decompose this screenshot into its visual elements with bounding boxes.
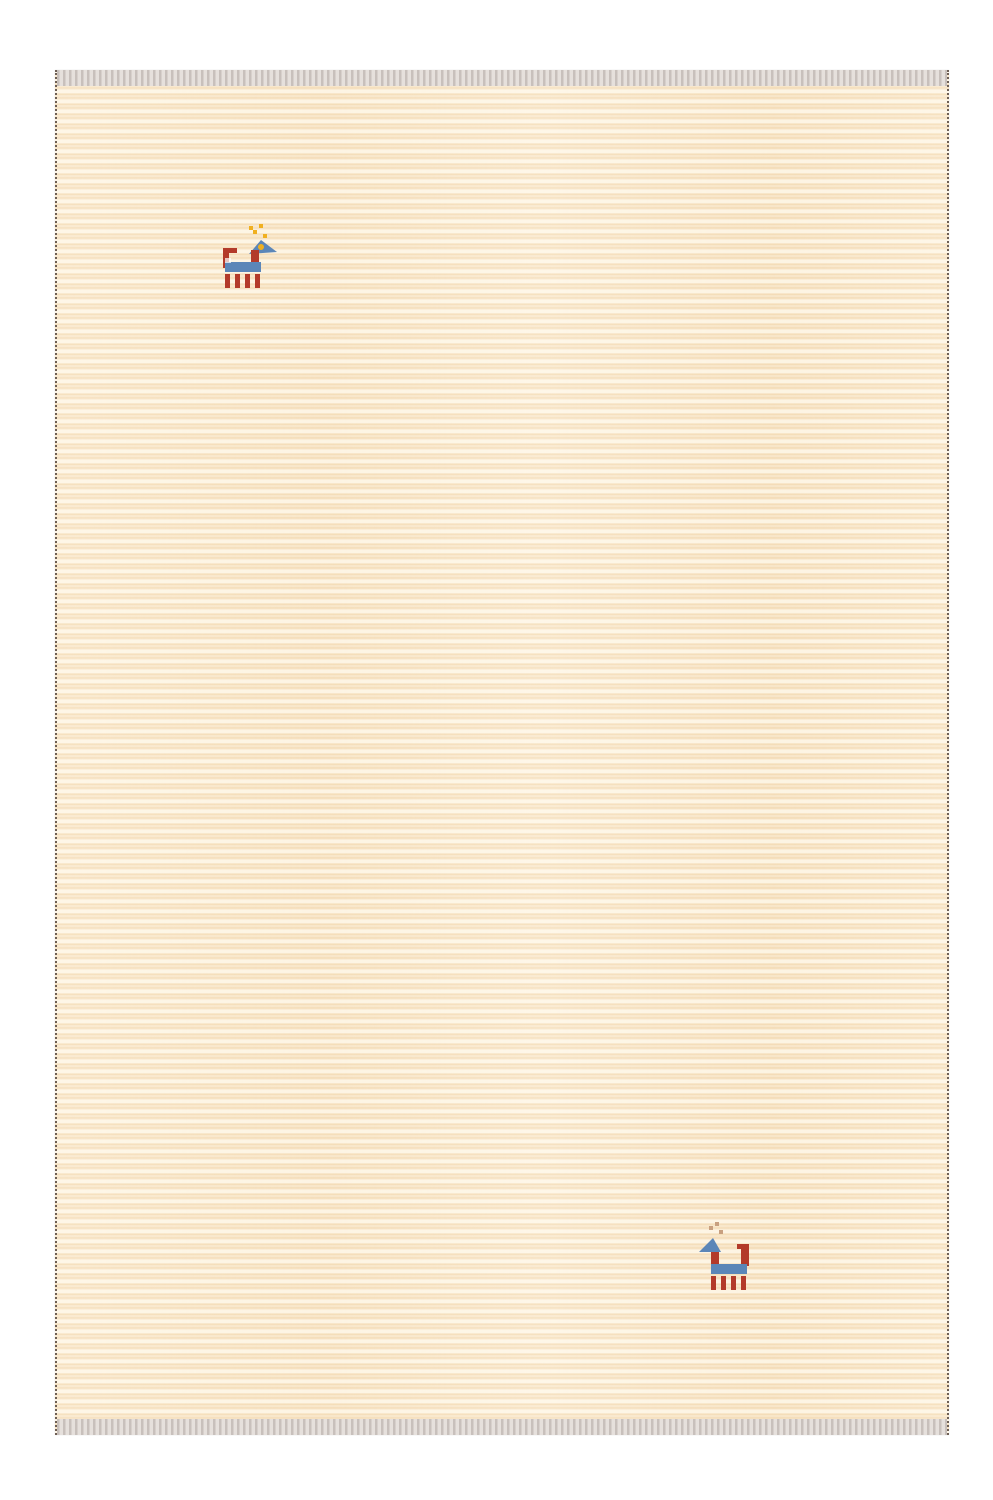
rug-kilim-bottom-edge — [57, 1419, 947, 1435]
rug — [55, 70, 949, 1435]
rug-kilim-top-edge — [57, 70, 947, 86]
animal-motif-icon — [687, 1220, 767, 1300]
animal-motif-icon — [207, 220, 287, 300]
